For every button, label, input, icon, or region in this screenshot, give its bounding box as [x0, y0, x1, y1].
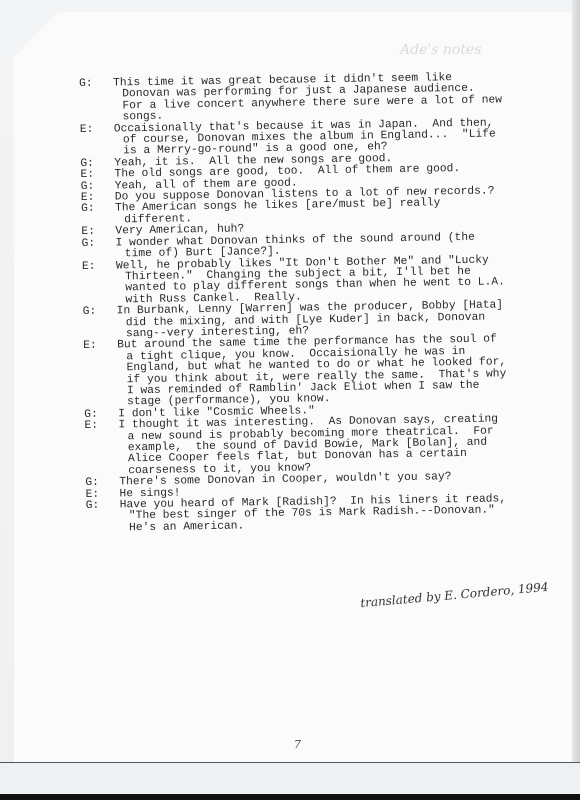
page-number: 7	[294, 738, 301, 751]
speaker-label: E:	[84, 421, 119, 479]
speaker-label: E:	[80, 170, 114, 182]
scan-border	[0, 794, 580, 800]
page-edge	[572, 0, 580, 762]
speaker-label: G:	[85, 478, 119, 490]
speaker-label: G:	[86, 500, 121, 535]
speaker-label: E:	[81, 227, 115, 239]
bleed-through-heading: Ade's notes	[400, 42, 481, 58]
scanner-bed-edge	[0, 762, 580, 795]
speaker-label: G:	[81, 204, 115, 227]
transcript-turn: E:I thought it was interesting. As Donov…	[84, 414, 565, 479]
speaker-label: G:	[82, 238, 116, 261]
speaker-label: G:	[83, 307, 118, 342]
speaker-label: G:	[79, 78, 114, 124]
speaker-label: E:	[82, 261, 117, 307]
speaker-label: E:	[80, 124, 115, 159]
transcript-turn: E:But around the same time the performan…	[83, 334, 564, 410]
speaker-label: E:	[83, 341, 118, 410]
interview-transcript: G:This time it was great because it didn…	[79, 71, 566, 535]
